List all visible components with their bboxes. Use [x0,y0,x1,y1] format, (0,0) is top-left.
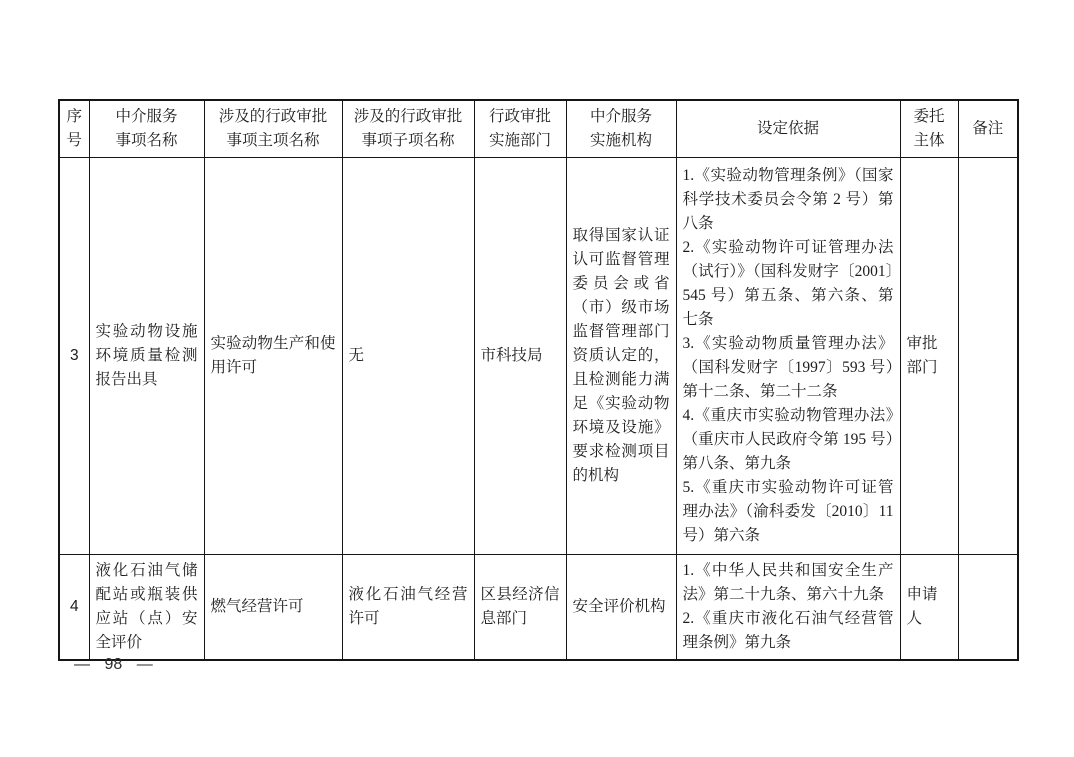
table-row: 3 实验动物设施环境质量检测报告出具 实验动物生产和使用许可 无 市科技局 取得… [59,158,1018,555]
basis-item: 5.《重庆市实验动物许可证管理办法》（渝科委发〔2010〕11 号）第六条 [683,476,894,548]
header-remark: 备注 [958,100,1018,158]
basis-item: 1.《中华人民共和国安全生产法》第二十九条、第六十九条 [683,559,894,607]
cell-basis: 1.《实验动物管理条例》（国家科学技术委员会令第 2 号）第八条 2.《实验动物… [676,158,900,555]
cell-approval-sub-item: 无 [342,158,474,555]
basis-item: 2.《实验动物许可证管理办法（试行）》（国科发财字〔2001〕545 号）第五条… [683,236,894,332]
cell-principal: 申请人 [900,555,958,661]
header-approval-sub-item: 涉及的行政审批 事项子项名称 [342,100,474,158]
document-page: 序 号 中介服务 事项名称 涉及的行政审批 事项主项名称 涉及的行政审批 事项子… [0,0,1074,757]
cell-service-name: 实验动物设施环境质量检测报告出具 [89,158,204,555]
header-service-name: 中介服务 事项名称 [89,100,204,158]
page-number: — 98 — [74,656,153,674]
cell-basis: 1.《中华人民共和国安全生产法》第二十九条、第六十九条 2.《重庆市液化石油气经… [676,555,900,661]
cell-approval-sub-item: 液化石油气经营许可 [342,555,474,661]
header-seq: 序 号 [59,100,89,158]
cell-approval-department: 市科技局 [474,158,566,555]
cell-approval-main-item: 燃气经营许可 [204,555,342,661]
cell-approval-main-item: 实验动物生产和使用许可 [204,158,342,555]
basis-item: 4.《重庆市实验动物管理办法》（重庆市人民政府令第 195 号）第八条、第九条 [683,404,894,476]
header-service-agency: 中介服务 实施机构 [566,100,676,158]
basis-item: 2.《重庆市液化石油气经营管理条例》第九条 [683,607,894,655]
cell-seq: 3 [59,158,89,555]
cell-principal: 审批 部门 [900,158,958,555]
basis-item: 1.《实验动物管理条例》（国家科学技术委员会令第 2 号）第八条 [683,164,894,236]
intermediary-services-table: 序 号 中介服务 事项名称 涉及的行政审批 事项主项名称 涉及的行政审批 事项子… [58,99,1019,661]
header-principal: 委托 主体 [900,100,958,158]
cell-seq: 4 [59,555,89,661]
table-row: 4 液化石油气储配站或瓶装供应站（点）安全评价 燃气经营许可 液化石油气经营许可… [59,555,1018,661]
header-approval-main-item: 涉及的行政审批 事项主项名称 [204,100,342,158]
basis-item: 3.《实验动物质量管理办法》（国科发财字〔1997〕593 号）第十二条、第二十… [683,332,894,404]
header-basis: 设定依据 [676,100,900,158]
cell-service-name: 液化石油气储配站或瓶装供应站（点）安全评价 [89,555,204,661]
cell-remark [958,158,1018,555]
cell-service-agency: 安全评价机构 [566,555,676,661]
cell-service-agency: 取得国家认证认可监督管理委员会或省（市）级市场监督管理部门资质认定的，且检测能力… [566,158,676,555]
table-header-row: 序 号 中介服务 事项名称 涉及的行政审批 事项主项名称 涉及的行政审批 事项子… [59,100,1018,158]
cell-remark [958,555,1018,661]
cell-approval-department: 区县经济信息部门 [474,555,566,661]
header-approval-department: 行政审批 实施部门 [474,100,566,158]
